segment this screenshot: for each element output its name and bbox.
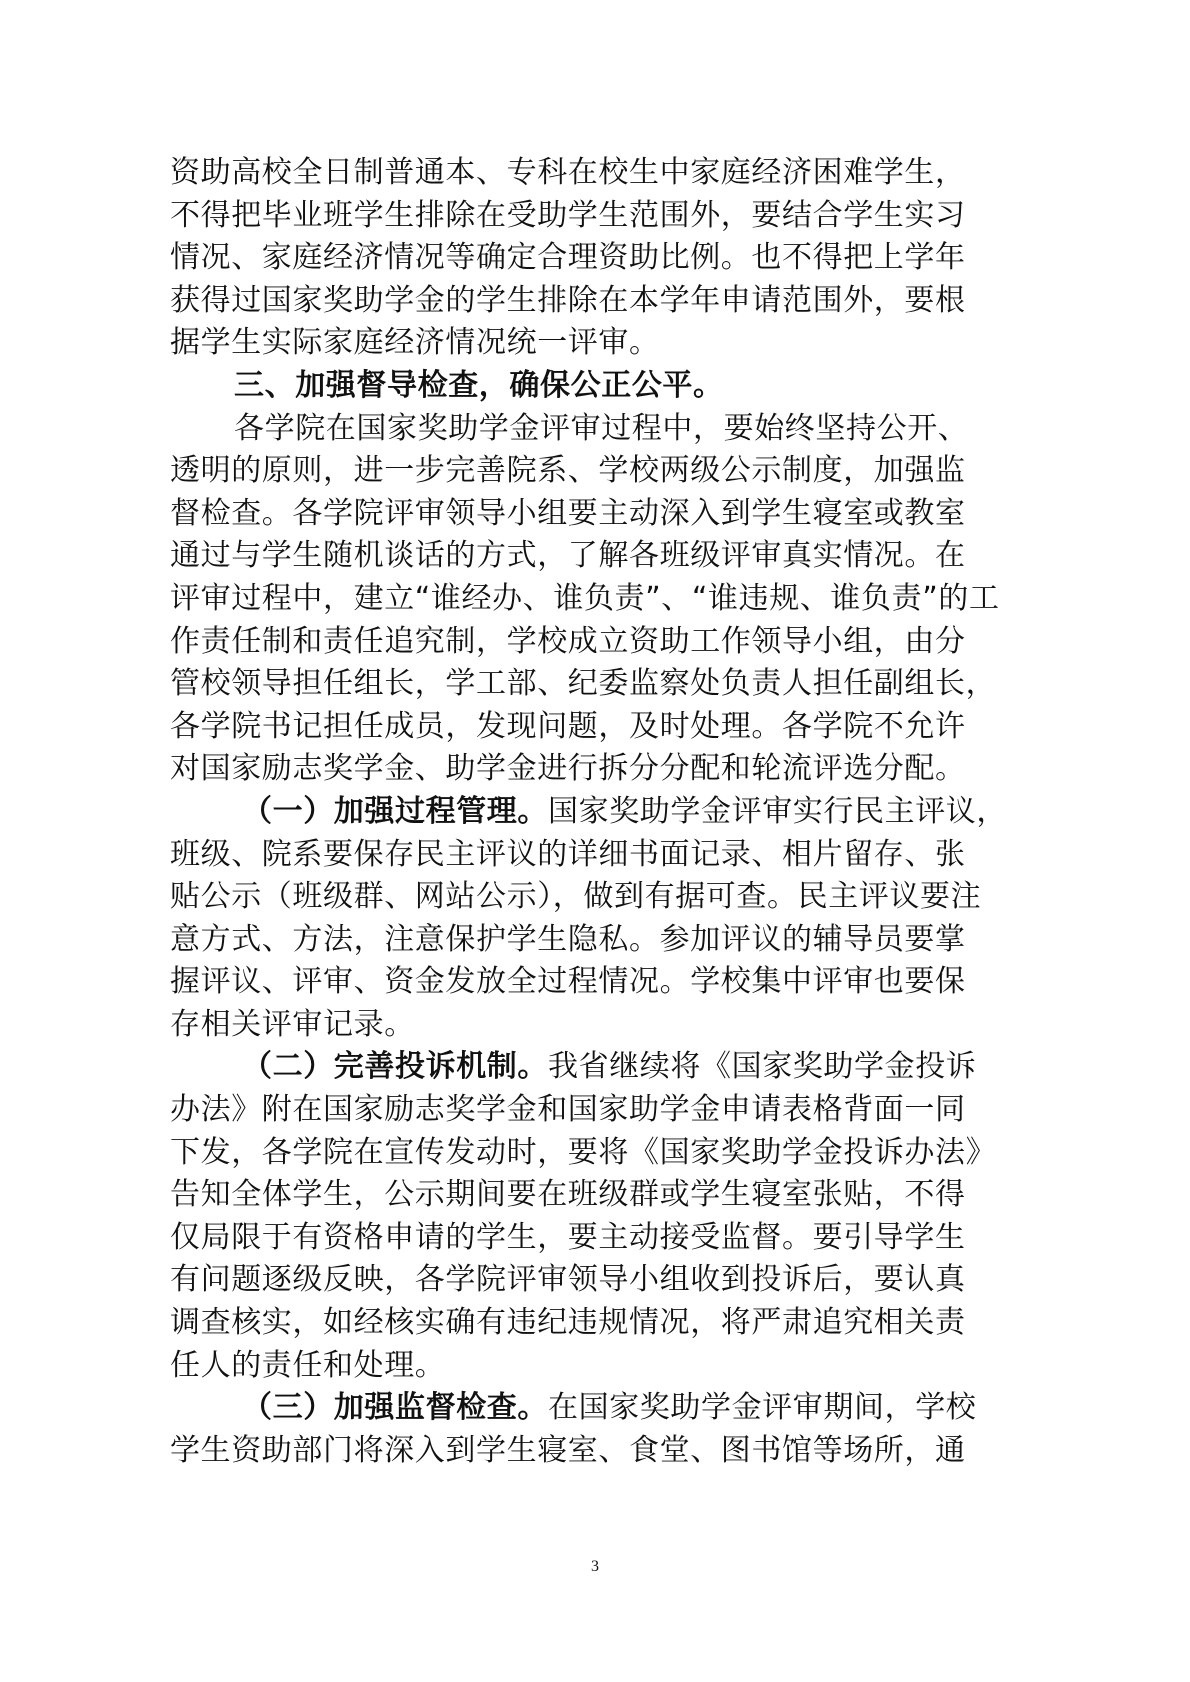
- document-body: 资助高校全日制普通本、专科在校生中家庭经济困难学生， 不得把毕业班学生排除在受助…: [170, 152, 946, 1472]
- text-line: 各学院书记担任成员，发现问题，及时处理。各学院不允许: [170, 706, 946, 749]
- text-line: 据学生实际家庭经济情况统一评审。: [170, 322, 946, 365]
- text-line: 通过与学生随机谈话的方式，了解各班级评审真实情况。在: [170, 535, 946, 578]
- section-heading: 三、加强督导检查，确保公正公平。: [170, 365, 946, 408]
- text-line: 各学院在国家奖助学金评审过程中，要始终坚持公开、: [170, 408, 946, 451]
- subsection-title: （一）加强过程管理。: [242, 794, 548, 829]
- text-line: 评审过程中，建立“谁经办、谁负责”、“谁违规、谁负责”的工: [170, 578, 946, 621]
- text-line: 班级、院系要保存民主评议的详细书面记录、相片留存、张: [170, 834, 946, 877]
- text-line: 告知全体学生，公示期间要在班级群或学生寝室张贴，不得: [170, 1174, 946, 1217]
- text-line: 握评议、评审、资金发放全过程情况。学校集中评审也要保: [170, 961, 946, 1004]
- text-run: 国家奖助学金评审实行民主评议，: [548, 794, 1007, 829]
- text-line: 作责任制和责任追究制，学校成立资助工作领导小组，由分: [170, 621, 946, 664]
- text-line: 对国家励志奖学金、助学金进行拆分分配和轮流评选分配。: [170, 748, 946, 791]
- subsection-title: （二）完善投诉机制。: [242, 1049, 548, 1084]
- text-line: 下发，各学院在宣传发动时，要将《国家奖助学金投诉办法》: [170, 1132, 946, 1175]
- text-line: 任人的责任和处理。: [170, 1345, 946, 1388]
- text-line: 有问题逐级反映，各学院评审领导小组收到投诉后，要认真: [170, 1259, 946, 1302]
- text-run: 我省继续将《国家奖助学金投诉: [548, 1049, 976, 1084]
- text-line: 管校领导担任组长，学工部、纪委监察处负责人担任副组长，: [170, 663, 946, 706]
- text-line: 意方式、方法，注意保护学生隐私。参加评议的辅导员要掌: [170, 919, 946, 962]
- text-line: 存相关评审记录。: [170, 1004, 946, 1047]
- text-line: 资助高校全日制普通本、专科在校生中家庭经济困难学生，: [170, 152, 946, 195]
- text-line: 仅局限于有资格申请的学生，要主动接受监督。要引导学生: [170, 1217, 946, 1260]
- subsection-2-first-line: （二）完善投诉机制。我省继续将《国家奖助学金投诉: [170, 1046, 946, 1089]
- text-run: 在国家奖助学金评审期间，学校: [548, 1390, 976, 1425]
- text-line: 督检查。各学院评审领导小组要主动深入到学生寝室或教室: [170, 493, 946, 536]
- text-line: 学生资助部门将深入到学生寝室、食堂、图书馆等场所，通: [170, 1430, 946, 1473]
- text-line: 透明的原则，进一步完善院系、学校两级公示制度，加强监: [170, 450, 946, 493]
- document-page: 资助高校全日制普通本、专科在校生中家庭经济困难学生， 不得把毕业班学生排除在受助…: [0, 0, 1190, 1682]
- subsection-title: （三）加强监督检查。: [242, 1390, 548, 1425]
- subsection-1-first-line: （一）加强过程管理。国家奖助学金评审实行民主评议，: [170, 791, 946, 834]
- text-line: 贴公示（班级群、网站公示），做到有据可查。民主评议要注: [170, 876, 946, 919]
- page-number: 3: [0, 1558, 1190, 1576]
- text-line: 情况、家庭经济情况等确定合理资助比例。也不得把上学年: [170, 237, 946, 280]
- text-line: 调查核实，如经核实确有违纪违规情况，将严肃追究相关责: [170, 1302, 946, 1345]
- subsection-3-first-line: （三）加强监督检查。在国家奖助学金评审期间，学校: [170, 1387, 946, 1430]
- text-line: 获得过国家奖助学金的学生排除在本学年申请范围外，要根: [170, 280, 946, 323]
- text-line: 不得把毕业班学生排除在受助学生范围外，要结合学生实习: [170, 195, 946, 238]
- text-line: 办法》附在国家励志奖学金和国家助学金申请表格背面一同: [170, 1089, 946, 1132]
